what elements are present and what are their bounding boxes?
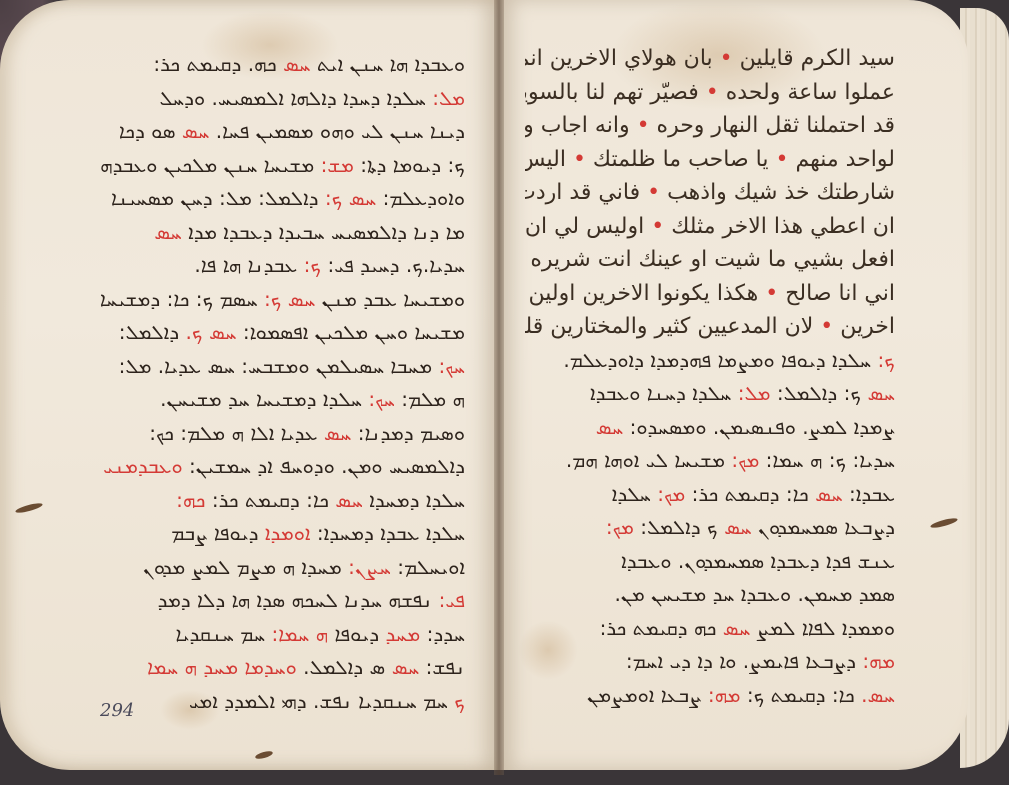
rubric-text: ܚܣ <box>718 515 752 539</box>
body-text: ܟܗ ܕܩܝܡܬ ܟܪ: <box>600 616 717 640</box>
manuscript-line: ܦܝ: ܢܦܫܗ ܚܕܢܐ ܠܚܟܗ ܣܕܐ ܗܐ ܕܠܐ ܕܡܕ <box>75 584 465 618</box>
body-text: ܚܕܕ: <box>420 622 465 646</box>
rubric-text: ܘܚܕܡܐ ܡܚܕ ܗ ܚܡܐ <box>147 655 297 679</box>
manuscript-line: ܟ: ܚܠܕܐ ܕܝܘܦܐ ܘܡܨܡܐ ܦܗܕܡܕܐ ܕܐܘܕܥܠܡ. <box>525 344 895 378</box>
rubric-text: ܚܣ <box>329 488 363 512</box>
arabic-line: اني انا صالح • هكذا يكونوا الاخرين اولين… <box>525 277 895 311</box>
body-text: ܚܕܝܐ: ܟ: ܗ ܚܡܐ: <box>759 448 895 472</box>
red-dot-separator: • <box>651 214 664 239</box>
body-text: ܕܝܢܐ ܚܢܢ ܠܝ ܘܗܘ ܡܣܡܝܢ ܦܚܐ. <box>209 119 465 143</box>
body-text: ܕܝܘܦܐ <box>328 622 379 646</box>
body-text: ܡܚܕܐ ܗ ܡܨܡ ܠܡܨ ܡܕܘܢ <box>143 555 342 579</box>
manuscript-line: ܕܝܢܐ ܚܢܢ ܠܝ ܘܗܘ ܡܣܡܝܢ ܦܚܐ. ܚܣ ܣܘ ܕܟܐ <box>75 115 465 149</box>
ink-blot <box>15 501 44 514</box>
rubric-text: ܚܣ <box>809 482 843 506</box>
body-text: ܢܦܫ: <box>419 655 465 679</box>
manuscript-line: ܚܕܝܐ.ܟ. ܕܚܝܕ ܦܝ: ܟ: ܥܒܕܢܐ ܗܐ ܦܐ. <box>75 249 465 283</box>
body-text: ܚܠܕܐ ܕܚܢܐ ܘܥܒܕܐ <box>590 381 731 405</box>
body-text: ܚܠܕܐ ܕܝܘܦܐ ܘܡܨܡܐ ܦܗܕܡܕܐ ܕܐܘܕܥܠܡ. <box>563 348 871 372</box>
body-text: ܟܐ: ܕܩܝܡܬ ܟܪ: <box>206 488 329 512</box>
manuscript-photo: ܘܥܒܕܐ ܗܐ ܚܢܢ ܐܝܬ ܚܣ ܟܗ. ܕܩܝܡܬ ܟܪ:ܡܠ: ܚܠܕ… <box>0 0 1009 785</box>
body-text: ܡܫܝܚܐ ܚܢܢ ܡܠܟܝܢ ܘܥܒܕܗ <box>100 153 314 177</box>
manuscript-line: ܣܡܕ ܡܚܡܢ. ܘܥܒܕܐ ܚܕ ܡܫܝܚܢ ܡܢ. <box>525 578 895 612</box>
body-text: ܕܐܠܡܣܝܚ ܘܡܢ. ܘܕܘܚܦ ܐܕ ܚܡܫܝܢ: <box>183 454 465 478</box>
folio-number: 294 <box>100 700 134 721</box>
body-text: ܟ: ܕܐܠܡܠ: <box>771 381 862 405</box>
arabic-line: اخرين • لان المدعيين كثير والمختارين قلي… <box>525 310 895 344</box>
body-text: ܕܨܒܥܐ ܦܐܝܡܨ. ܘܐ ܕܐ ܕܝ ܐܚܡ: <box>626 649 856 673</box>
body-text: ܐܘܝܚܠܡ: <box>391 555 465 579</box>
rubric-text: ܚܣ <box>277 52 311 76</box>
body-text: ܚܠܕܐ ܕܚܕܐ ܕܐܠܗܐ ܐܠܡܣܝܚ. ܘܕܚܠ <box>160 86 426 110</box>
manuscript-line: ܡܗ: ܕܨܒܥܐ ܦܐܝܡܨ. ܘܐ ܕܐ ܕܝ ܐܚܡ: <box>525 645 895 679</box>
arabic-line: لواحد منهم • يا صاحب ما ظلمتك • اليس بدي… <box>525 143 895 177</box>
rubric-text: ܚܣ <box>861 381 895 405</box>
rubric-text: ܡܚܕ <box>379 622 420 646</box>
ink-blot <box>930 516 959 529</box>
manuscript-line: ܟ: ܕܝܘܡܐ ܕܬܐ: ܡܫ: ܡܫܝܚܐ ܚܢܢ ܡܠܟܝܢ ܘܥܒܕܗ <box>75 149 465 183</box>
arabic-line: شارطتك خذ شيك واذهب • فاني قد اردت <box>525 176 895 210</box>
manuscript-line: ܨܡܕܐ ܠܡܨ. ܘܦܢܣܝܡܢ. ܘܡܣܚܕܘ: ܚܣ <box>525 411 895 445</box>
red-dot-separator: • <box>573 147 586 172</box>
body-text: ܘܡܡܕܐ ܠܦܐܐ ܠܡܨ <box>750 616 895 640</box>
rubric-text: ܡܟ: <box>651 482 685 506</box>
manuscript-line: ܚܕܕ: ܡܚܕ ܕܝܘܦܐ ܗ ܚܡܐ: ܚܡ ܚܢܩܕܝܐ <box>75 618 465 652</box>
red-dot-separator: • <box>720 46 733 71</box>
red-dot-separator: • <box>820 314 833 339</box>
body-text: ܥܕܝܐ ܐܠܐ ܗ ܡܠܡ: ܟܟ: <box>149 421 317 445</box>
arabic-text-block: سيد الكرم قايلين • بان هولاي الاخرين انم… <box>525 42 895 344</box>
arabic-line: افعل بشيي ما شيت او عينك انت شريره • الا <box>525 243 895 277</box>
rubric-text: ܚܣ <box>318 421 352 445</box>
body-text: ܡܫܝܚܐ ܠܝ ܐܘܗܐ ܗܡ. <box>566 448 725 472</box>
rubric-text: ܚܣ <box>716 616 750 640</box>
body-text: ܕܨܒܥܐ ܣܡܚܡܕܘܢ <box>752 515 895 539</box>
rubric-text: ܟܗ: <box>176 488 205 512</box>
manuscript-line: ܚܣ. ܟܐ: ܕܩܝܡܬ ܟ: ܡܗ: ܨܒܥܐ ܐܘܡܨܡܢ <box>525 679 895 713</box>
arabic-line: عملوا ساعة ولحده • فصيّر تهم لنا بالسوية… <box>525 76 895 110</box>
rubric-text: ܚܨܢ: <box>342 555 391 579</box>
body-text: ܘܥܒܕܐ ܗܐ ܚܢܢ ܐܝܬ <box>311 52 465 76</box>
rubric-text: ܡܗ: <box>702 683 741 707</box>
rubric-text: ܚܣ <box>154 220 182 244</box>
rubric-text: ܚܣ ܟ: <box>258 287 316 311</box>
manuscript-line: ܘܡܡܕܐ ܠܦܐܐ ܠܡܨ ܚܣ ܟܗ ܕܩܝܡܬ ܟܪ: <box>525 612 895 646</box>
manuscript-line: ܚܠܕܐ ܥܒܕܐ ܕܡܚܕܐ: ܐܘܡܕܐ ܕܝܘܦܐ ܨܒܡ <box>75 517 465 551</box>
rubric-text: ܚܟ: <box>362 387 395 411</box>
rubric-text: ܚܣ ܟ: <box>319 186 377 210</box>
body-text: ܕܐܠܡܠ: <box>119 320 179 344</box>
body-text: ܣܘ ܕܟܐ <box>119 119 176 143</box>
rubric-text: ܚܣ ܟ. <box>179 320 236 344</box>
body-text: ܚܠܕܐ ܕܡܚܕܐ <box>363 488 465 512</box>
body-text: ܕܐܠܡܠ: ܡܠ: ܕܚܢ ܡܣܚܝܢܐ <box>111 186 319 210</box>
rubric-text: ܡܟ: <box>606 515 634 539</box>
body-text: ܣ ܕܐܠܡܠ. <box>297 655 386 679</box>
body-text: ܢܦܫܗ ܚܕܢܐ ܠܚܟܗ ܣܕܐ ܗܐ ܕܠܐ ܕܡܕ <box>158 588 433 612</box>
body-text: ܚܠܕܐ ܥܒܕܐ ܕܡܚܕܐ: <box>311 521 466 545</box>
body-text: ܨܡܕܐ ܠܡܨ. ܘܦܢܣܝܡܢ. ܘܡܣܚܕܘ: <box>623 415 895 439</box>
body-text: ܚܠܕܐ ܕܡܫܝܚܐ ܚܕ ܡܫܝܚܢ. <box>160 387 362 411</box>
manuscript-line: ܚܠܕܐ ܕܡܚܕܐ ܚܣ ܟܐ: ܕܩܝܡܬ ܟܪ: ܟܗ: <box>75 484 465 518</box>
manuscript-line: ܘܐܘܕܥܠܡ: ܚܣ ܟ: ܕܐܠܡܠ: ܡܠ: ܕܚܢ ܡܣܚܝܢܐ <box>75 182 465 216</box>
manuscript-line: ܥܢܫ ܦܕܐ ܕܥܒܕܐ ܣܡܚܡܕܘܢ. ܘܥܒܕܐ <box>525 545 895 579</box>
body-text: ܣܡܕ ܡܚܡܢ. ܘܥܒܕܐ ܚܕ ܡܫܝܚܢ ܡܢ. <box>615 582 895 606</box>
body-text: ܡܚܒܐ ܚܣܝܠܡܢ ܘܡܫܒܚ: ܚܣ ܥܕܝܐ. ܡܠ: <box>119 354 432 378</box>
body-text: ܥܒܕܢܐ ܗܐ ܦܐ. <box>194 253 297 277</box>
rubric-text: ܡܟ: <box>725 448 759 472</box>
red-dot-separator: • <box>775 147 788 172</box>
rubric-text: ܚܣ. <box>855 683 895 707</box>
rubric-text: ܚܣ <box>596 415 624 439</box>
rubric-text: ܚܟ: <box>432 354 465 378</box>
arabic-line: ان اعطي هذا الاخر مثلك • اوليس لي ان <box>525 210 895 244</box>
manuscript-line: ܘܥܒܕܐ ܗܐ ܚܢܢ ܐܝܬ ܚܣ ܟܗ. ܕܩܝܡܬ ܟܪ: <box>75 48 465 82</box>
body-text: ܚܡ ܚܢܩܕܝܐ <box>176 622 266 646</box>
body-text: ܟܐ: ܕܩܝܡܬ ܟܪ: <box>685 482 808 506</box>
manuscript-line: ܘܡܫܝܚܐ ܥܒܕ ܡܢܢ ܚܣ ܟ: ܚܣܡ ܟ: ܟܐ: ܕܡܫܝܚܐ <box>75 283 465 317</box>
body-text: ܚܠܕܐ <box>612 482 651 506</box>
body-text: ܡܐ ܕܢܐ ܕܐܠܡܣܝܚ ܚܒܝܕܐ ܕܥܒܕܐ ܡܕܐ <box>182 220 465 244</box>
body-text: ܡܫܝܚܐ ܘܚܢ ܡܠܟܝܢ ܐܦܣܡܘܐ: <box>237 320 466 344</box>
manuscript-line: ܕܨܒܥܐ ܣܡܚܡܕܘܢ ܚܣ ܟ ܕܐܠܡܠ: ܡܟ: <box>525 511 895 545</box>
manuscript-line: ܥܒܕܐ: ܚܣ ܟܐ: ܕܩܝܡܬ ܟܪ: ܡܟ: ܚܠܕܐ <box>525 478 895 512</box>
rubric-text: ܚܣ <box>385 655 419 679</box>
body-text: ܚܡ ܚܢܩܕܝܐ ܢܦܫ. ܕܗܝ ܐܠܡܕܕ ܐܡܝ <box>189 689 448 713</box>
manuscript-line: ܡܐ ܕܢܐ ܕܐܠܡܣܝܚ ܚܒܝܕܐ ܕܥܒܕܐ ܡܕܐ ܚܣ <box>75 216 465 250</box>
body-text: ܚܣܡ ܟ: ܟܐ: ܕܡܫܝܚܐ <box>100 287 258 311</box>
manuscript-line: ܗ ܡܠܡ: ܚܟ: ܚܠܕܐ ܕܡܫܝܚܐ ܚܕ ܡܫܝܚܢ. <box>75 383 465 417</box>
rubric-text: ܟ <box>448 689 465 713</box>
body-text: ܟ: ܕܝܘܡܐ ܕܬܐ: <box>354 153 465 177</box>
manuscript-line: ܢܦܫ: ܚܣ ܣ ܕܐܠܡܠ. ܘܚܕܡܐ ܡܚܕ ܗ ܚܡܐ <box>75 651 465 685</box>
body-text: ܥܢܫ ܦܕܐ ܕܥܒܕܐ ܣܡܚܡܕܘܢ. ܘܥܒܕܐ <box>621 549 895 573</box>
rubric-text: ܘܥܒܕܡܢܝ <box>103 454 182 478</box>
rubric-text: ܡܗ: <box>856 649 895 673</box>
syriac-text-block: ܟ: ܚܠܕܐ ܕܝܘܦܐ ܘܡܨܡܐ ܦܗܕܡܕܐ ܕܐܘܕܥܠܡ.ܚܣ ܟ:… <box>525 344 895 713</box>
arabic-line: قد احتملنا ثقل النهار وحره • وانه اجاب و… <box>525 109 895 143</box>
manuscript-line: ܚܕܝܐ: ܟ: ܗ ܚܡܐ: ܡܟ: ܡܫܝܚܐ ܠܝ ܐܘܗܐ ܗܡ. <box>525 444 895 478</box>
right-page-text: سيد الكرم قايلين • بان هولاي الاخرين انم… <box>525 42 895 712</box>
red-dot-separator: • <box>637 113 650 138</box>
rubric-text: ܗ ܚܡܐ: <box>265 622 328 646</box>
body-text: ܕܝܘܦܐ ܨܒܡ <box>171 521 258 545</box>
manuscript-line: ܕܐܠܡܣܝܚ ܘܡܢ. ܘܕܘܚܦ ܐܕ ܚܡܫܝܢ: ܘܥܒܕܡܢܝ <box>75 450 465 484</box>
red-dot-separator: • <box>706 80 719 105</box>
red-dot-separator: • <box>647 180 660 205</box>
manuscript-line: ܚܟ: ܡܚܒܐ ܚܣܝܠܡܢ ܘܡܫܒܚ: ܚܣ ܥܕܝܐ. ܡܠ: <box>75 350 465 384</box>
manuscript-line: ܘܣܝܡ ܕܡܕܢܐ: ܚܣ ܥܕܝܐ ܐܠܐ ܗ ܡܠܡ: ܟܟ: <box>75 417 465 451</box>
left-page-text: ܘܥܒܕܐ ܗܐ ܚܢܢ ܐܝܬ ܚܣ ܟܗ. ܕܩܝܡܬ ܟܪ:ܡܠ: ܚܠܕ… <box>75 48 465 718</box>
body-text: ܚܕܝܐ.ܟ. ܕܚܝܕ ܦܝ: <box>321 253 465 277</box>
red-dot-separator: • <box>765 281 778 306</box>
rubric-text: ܟ: <box>297 253 321 277</box>
rubric-text: ܡܠ: <box>731 381 770 405</box>
body-text: ܟ ܕܐܠܡܠ: <box>634 515 718 539</box>
body-text: ܘܡܫܝܚܐ ܥܒܕ ܡܢܢ <box>315 287 465 311</box>
body-text: ܨܒܥܐ ܐܘܡܨܡܢ <box>587 683 701 707</box>
body-text: ܗ ܡܠܡ: <box>395 387 465 411</box>
manuscript-line: ܡܠ: ܚܠܕܐ ܕܚܕܐ ܕܐܠܗܐ ܐܠܡܣܝܚ. ܘܕܚܠ <box>75 82 465 116</box>
rubric-text: ܚܣ <box>176 119 210 143</box>
rubric-text: ܐܘܡܕܐ <box>259 521 311 545</box>
body-text: ܟܗ. ܕܩܝܡܬ ܟܪ: <box>153 52 276 76</box>
body-text: ܟܐ: ܕܩܝܡܬ ܟ: <box>741 683 855 707</box>
rubric-text: ܡܫ: <box>314 153 354 177</box>
book-gutter <box>494 0 504 775</box>
manuscript-line: ܚܣ ܟ: ܕܐܠܡܠ: ܡܠ: ܚܠܕܐ ܕܚܢܐ ܘܥܒܕܐ <box>525 377 895 411</box>
manuscript-line: ܐܘܝܚܠܡ: ܚܨܢ: ܡܚܕܐ ܗ ܡܨܡ ܠܡܨ ܡܕܘܢ <box>75 551 465 585</box>
arabic-line: سيد الكرم قايلين • بان هولاي الاخرين انم… <box>525 42 895 76</box>
rubric-text: ܟ: <box>871 348 895 372</box>
manuscript-line: ܡܫܝܚܐ ܘܚܢ ܡܠܟܝܢ ܐܦܣܡܘܐ: ܚܣ ܟ. ܕܐܠܡܠ: <box>75 316 465 350</box>
rubric-text: ܡܠ: <box>426 86 465 110</box>
ink-blot <box>255 750 274 760</box>
body-text: ܥܒܕܐ: <box>843 482 895 506</box>
body-text: ܘܐܘܕܥܠܡ: <box>376 186 465 210</box>
body-text: ܘܣܝܡ ܕܡܕܢܐ: <box>351 421 465 445</box>
rubric-text: ܦܝ: <box>432 588 465 612</box>
